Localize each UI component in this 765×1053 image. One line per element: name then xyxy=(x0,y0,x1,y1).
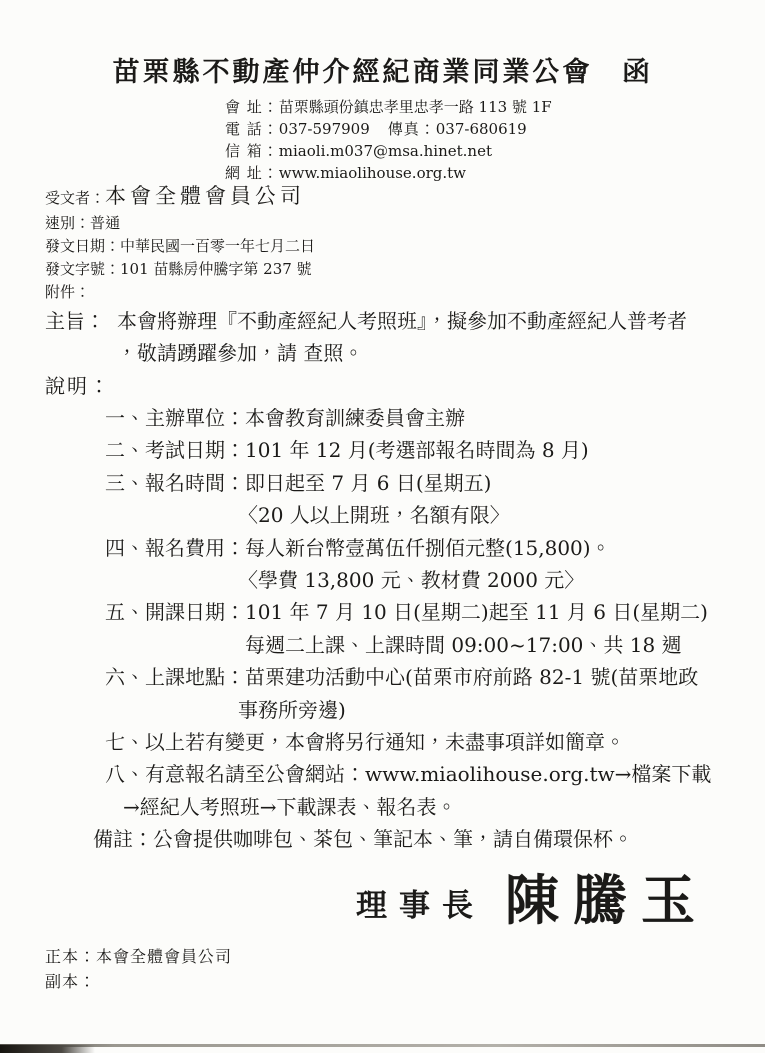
attachment-row: 附件： xyxy=(45,281,315,304)
email-value: miaoli.m037@msa.hinet.net xyxy=(279,142,492,160)
scanned-letter-page: 苗栗縣不動產仲介經紀商業同業公會 函 會 址：苗栗縣頭份鎮忠孝里忠孝一路 113… xyxy=(0,0,765,1053)
ref-row: 發文字號：101 苗縣房仲騰字第 237 號 xyxy=(45,258,315,281)
subject-lines: 本會將辦理『不動產經紀人考照班』，擬參加不動產經紀人普考者 ，敬請踴躍參加，請 … xyxy=(117,305,687,369)
recipient-row: 受文者：本會全體會員公司 xyxy=(45,183,315,212)
recipient-label: 受文者： xyxy=(45,189,105,207)
letterhead-title: 苗栗縣不動產仲介經紀商業同業公會 函 xyxy=(0,50,765,89)
phone-value: 037-597909 xyxy=(279,120,370,138)
fax-label: 傳真： xyxy=(388,120,436,138)
contact-website-row: 網 址：www.miaolihouse.org.tw xyxy=(225,162,552,184)
subject-label: 主旨： xyxy=(45,305,117,369)
list-line-exam-date: 二、考試日期：101 年 12 月(考選部報名時間為 8 月) xyxy=(105,434,711,466)
date-value: 中華民國一百零一年七月二日 xyxy=(120,237,315,255)
speed-value: 普通 xyxy=(90,214,120,232)
phone-label: 電 話： xyxy=(225,120,279,138)
list-line-fee: 四、報名費用：每人新台幣壹萬伍仟捌佰元整(15,800)。 xyxy=(105,532,711,564)
list-line-quota-note: 〈20 人以上開班，名額有限〉 xyxy=(105,499,711,531)
list-line-remark: 備註：公會提供咖啡包、茶包、筆記本、筆，請自備環保杯。 xyxy=(93,823,711,855)
subject-line-2: ，敬請踴躍參加，請 查照。 xyxy=(117,337,687,369)
contact-phone-row: 電 話：037-597909傳真：037-680619 xyxy=(225,118,552,140)
duplicate-copy-row: 副本： xyxy=(45,969,232,994)
speed-label: 速別： xyxy=(45,214,90,232)
list-line-organizer: 一、主辦單位：本會教育訓練委員會主辦 xyxy=(105,402,711,434)
list-line-changes: 七、以上若有變更，本會將另行通知，未盡事項詳如簡章。 xyxy=(105,726,711,758)
contact-email-row: 信 箱：miaoli.m037@msa.hinet.net xyxy=(225,140,552,162)
date-label: 發文日期： xyxy=(45,237,120,255)
fax-value: 037-680619 xyxy=(436,120,527,138)
speed-row: 速別：普通 xyxy=(45,212,315,235)
address-value: 苗栗縣頭份鎮忠孝里忠孝一路 113 號 1F xyxy=(279,98,552,116)
original-copy-row: 正本：本會全體會員公司 xyxy=(45,944,232,969)
list-line-location-wrap: 事務所旁邊) xyxy=(105,694,711,726)
explanation-list: 一、主辦單位：本會教育訓練委員會主辦 二、考試日期：101 年 12 月(考選部… xyxy=(105,402,711,856)
explanation-label: 說明： xyxy=(45,370,111,399)
ref-value: 101 苗縣房仲騰字第 237 號 xyxy=(120,260,312,278)
footer-block: 正本：本會全體會員公司 副本： xyxy=(45,944,232,994)
subject-block: 主旨： 本會將辦理『不動產經紀人考照班』，擬參加不動產經紀人普考者 ，敬請踴躍參… xyxy=(45,305,687,369)
website-label: 網 址： xyxy=(225,164,279,182)
list-line-signup-period: 三、報名時間：即日起至 7 月 6 日(星期五) xyxy=(105,467,711,499)
list-line-location: 六、上課地點：苗栗建功活動中心(苗栗市府前路 82-1 號(苗栗地政 xyxy=(105,661,711,693)
subject-line-1: 本會將辦理『不動產經紀人考照班』，擬參加不動產經紀人普考者 xyxy=(117,305,687,337)
list-line-fee-detail: 〈學費 13,800 元、教材費 2000 元〉 xyxy=(105,564,711,596)
date-row: 發文日期：中華民國一百零一年七月二日 xyxy=(45,235,315,258)
meta-block: 受文者：本會全體會員公司 速別：普通 發文日期：中華民國一百零一年七月二日 發文… xyxy=(45,183,315,304)
scan-edge-corner xyxy=(0,1045,95,1053)
attachment-label: 附件： xyxy=(45,283,90,301)
signature-block: 理事長 陳騰玉 xyxy=(0,855,765,935)
letterhead-contact-block: 會 址：苗栗縣頭份鎮忠孝里忠孝一路 113 號 1F 電 話：037-59790… xyxy=(225,96,552,184)
email-label: 信 箱： xyxy=(225,142,279,160)
ref-label: 發文字號： xyxy=(45,260,120,278)
signature-name: 陳騰玉 xyxy=(505,858,709,935)
list-line-course-time: 每週二上課、上課時間 09:00~17:00、共 18 週 xyxy=(105,629,711,661)
address-label: 會 址： xyxy=(225,98,279,116)
list-line-course-dates: 五、開課日期：101 年 7 月 10 日(星期二)起至 11 月 6 日(星期… xyxy=(105,596,711,628)
original-copy-value: 本會全體會員公司 xyxy=(96,947,232,966)
website-value: www.miaolihouse.org.tw xyxy=(279,164,466,182)
signature-title: 理事長 xyxy=(356,880,485,925)
contact-address-row: 會 址：苗栗縣頭份鎮忠孝里忠孝一路 113 號 1F xyxy=(225,96,552,118)
original-copy-label: 正本： xyxy=(45,947,96,966)
list-line-website-wrap: →經紀人考照班→下載課表、報名表。 xyxy=(105,791,711,823)
recipient-value: 本會全體會員公司 xyxy=(105,184,305,208)
duplicate-copy-label: 副本： xyxy=(45,972,96,991)
scan-edge-line xyxy=(0,1044,765,1047)
list-line-website-steps: 八、有意報名請至公會網站：www.miaolihouse.org.tw→檔案下載 xyxy=(105,758,711,790)
